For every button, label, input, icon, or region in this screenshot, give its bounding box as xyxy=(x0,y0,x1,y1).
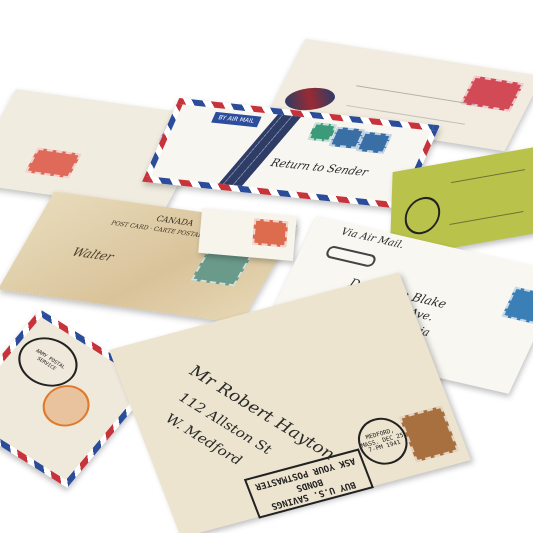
address-scribble xyxy=(450,169,525,225)
paperclip-icon xyxy=(324,245,377,268)
stamp xyxy=(25,148,82,179)
stamp xyxy=(252,219,288,248)
airmail-label: BY AIR MAIL xyxy=(211,112,261,127)
white-card xyxy=(198,208,297,261)
return-to-sender: Return to Sender xyxy=(269,156,371,179)
stamp xyxy=(502,287,533,324)
bonds-slogan: BUY U.S. SAVINGS BONDS ASK YOUR POSTMAST… xyxy=(244,449,374,519)
stamp xyxy=(399,406,459,462)
postmark xyxy=(404,194,441,237)
postcard-address: Walter xyxy=(70,245,117,264)
